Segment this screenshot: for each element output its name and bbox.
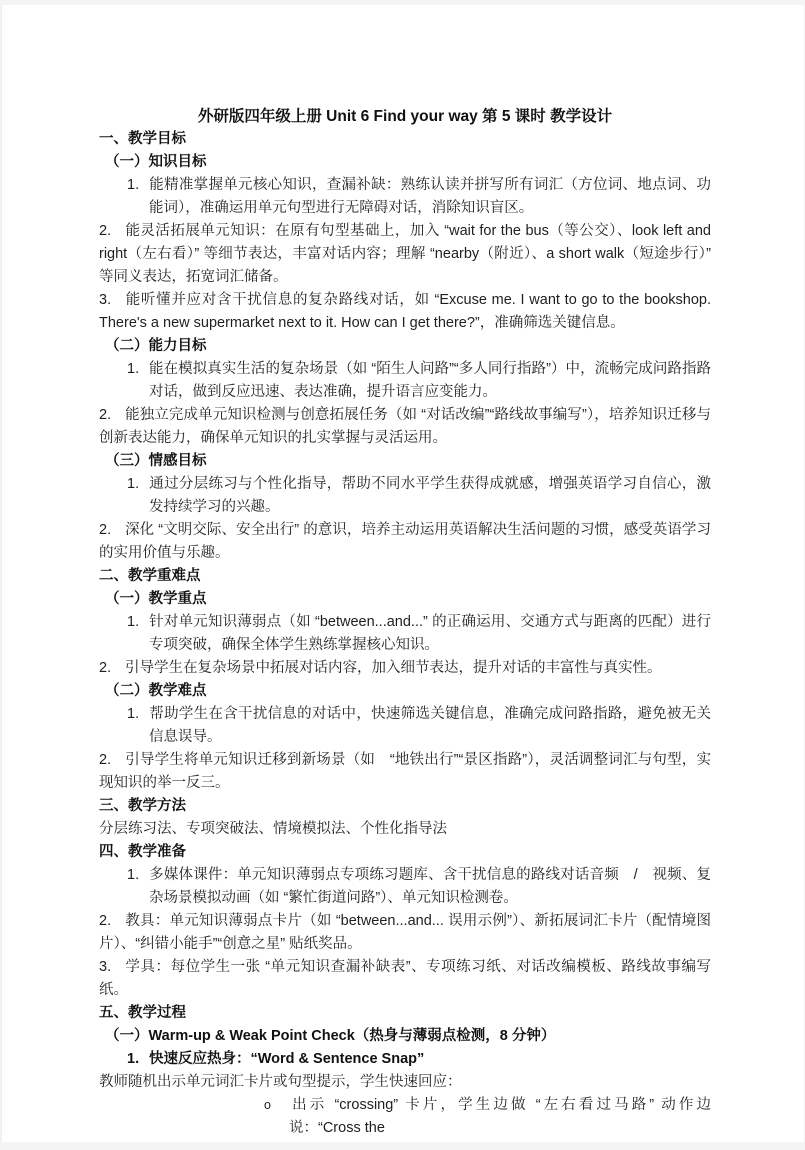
list-number: 1. [127,611,149,634]
list-text: 针对单元知识薄弱点（如 “between...and...” 的正确运用、交通方… [149,614,711,653]
list-text: 引导学生在复杂场景中拓展对话内容，加入细节表达，提升对话的丰富性与真实性。 [125,660,662,676]
list-number: 1. [127,358,149,381]
subsection-heading-knowledge-goals: （一）知识目标 [99,151,711,174]
list-item: 3.能听懂并应对含干扰信息的复杂路线对话，如 “Excuse me. I wan… [99,289,711,335]
list-text: 能灵活拓展单元知识：在原有句型基础上，加入 “wait for the bus（… [99,223,711,285]
subsection-heading-emotional-goals: （三）情感目标 [99,450,711,473]
section-heading-teaching-goals: 一、教学目标 [99,128,711,151]
subsection-heading-key-points: （一）教学重点 [99,588,711,611]
list-item: 1.帮助学生在含干扰信息的对话中，快速筛选关键信息，准确完成问路指路，避免被无关… [99,703,711,749]
list-item: 2.教具：单元知识薄弱点卡片（如 “between...and... 误用示例”… [99,910,711,956]
list-text: 深化 “文明交际、安全出行” 的意识，培养主动运用英语解决生活问题的习惯，感受英… [99,522,711,561]
list-number: 1. [127,1048,149,1071]
list-number: 3. [99,956,125,979]
list-number: 1. [127,864,149,887]
list-item: 2.能独立完成单元知识检测与创意拓展任务（如 “对话改编”“路线故事编写”），培… [99,404,711,450]
subsection-heading-warmup-weak-point-check: （一）Warm-up & Weak Point Check（热身与薄弱点检测，8… [99,1025,711,1048]
list-number: 2. [99,404,125,427]
list-number: 2. [99,220,125,243]
list-number: 3. [99,289,125,312]
list-text: 学具：每位学生一张 “单元知识查漏补缺表”、专项练习纸、对话改编模板、路线故事编… [99,959,711,998]
list-item: 1.能精准掌握单元核心知识，查漏补缺：熟练认读并拼写所有词汇（方位词、地点词、功… [99,174,711,220]
list-item: 1.针对单元知识薄弱点（如 “between...and...” 的正确运用、交… [99,611,711,657]
subsection-heading-ability-goals: （二）能力目标 [99,335,711,358]
list-item: 2.深化 “文明交际、安全出行” 的意识，培养主动运用英语解决生活问题的习惯，感… [99,519,711,565]
bullet-marker: o [264,1094,289,1117]
document-viewer: 外研版四年级上册 Unit 6 Find your way 第 5 课时 教学设… [0,0,805,1150]
list-text: 能独立完成单元知识检测与创意拓展任务（如 “对话改编”“路线故事编写”），培养知… [99,407,711,446]
paragraph-teaching-methods: 分层练习法、专项突破法、情境模拟法、个性化指导法 [99,818,711,841]
list-text: 通过分层练习与个性化指导，帮助不同水平学生获得成就感，增强英语学习自信心，激发持… [149,476,711,515]
activity-heading-word-sentence-snap: 1.快速反应热身：“Word & Sentence Snap” [99,1048,711,1071]
list-item: 1.能在模拟真实生活的复杂场景（如 “陌生人问路”“多人同行指路”）中，流畅完成… [99,358,711,404]
list-number: 2. [99,519,125,542]
section-heading-teaching-preparation: 四、教学准备 [99,841,711,864]
bullet-item: o出示 “crossing” 卡片，学生边做 “左右看过马路” 动作边说：“Cr… [99,1094,711,1140]
list-text: 能在模拟真实生活的复杂场景（如 “陌生人问路”“多人同行指路”）中，流畅完成问路… [149,361,711,400]
section-heading-key-difficult-points: 二、教学重难点 [99,565,711,588]
list-text: 教具：单元知识薄弱点卡片（如 “between...and... 误用示例”）、… [99,913,711,952]
list-item: 3.学具：每位学生一张 “单元知识查漏补缺表”、专项练习纸、对话改编模板、路线故… [99,956,711,1002]
document-page: 外研版四年级上册 Unit 6 Find your way 第 5 课时 教学设… [1,5,804,1142]
paragraph-teacher-instruction: 教师随机出示单元词汇卡片或句型提示，学生快速回应： [99,1071,711,1094]
list-number: 1. [127,473,149,496]
subsection-heading-difficult-points: （二）教学难点 [99,680,711,703]
list-text: 能精准掌握单元核心知识，查漏补缺：熟练认读并拼写所有词汇（方位词、地点词、功能词… [149,177,711,216]
list-number: 1. [127,703,149,726]
section-heading-teaching-methods: 三、教学方法 [99,795,711,818]
list-number: 2. [99,657,125,680]
list-item: 1.多媒体课件：单元知识薄弱点专项练习题库、含干扰信息的路线对话音频 / 视频、… [99,864,711,910]
list-number: 2. [99,910,125,933]
document-body: 外研版四年级上册 Unit 6 Find your way 第 5 课时 教学设… [2,5,804,1140]
list-text: 引导学生将单元知识迁移到新场景（如 “地铁出行”“景区指路”），灵活调整词汇与句… [99,752,711,791]
list-item: 2.能灵活拓展单元知识：在原有句型基础上，加入 “wait for the bu… [99,220,711,289]
list-number: 1. [127,174,149,197]
list-item: 2.引导学生在复杂场景中拓展对话内容，加入细节表达，提升对话的丰富性与真实性。 [99,657,711,680]
bullet-text: 出示 “crossing” 卡片，学生边做 “左右看过马路” 动作边说：“Cro… [289,1097,711,1136]
list-text: 帮助学生在含干扰信息的对话中，快速筛选关键信息，准确完成问路指路，避免被无关信息… [149,706,711,745]
document-title: 外研版四年级上册 Unit 6 Find your way 第 5 课时 教学设… [99,105,711,128]
list-text: 多媒体课件：单元知识薄弱点专项练习题库、含干扰信息的路线对话音频 / 视频、复杂… [149,867,711,906]
list-number: 2. [99,749,125,772]
list-item: 1.通过分层练习与个性化指导，帮助不同水平学生获得成就感，增强英语学习自信心，激… [99,473,711,519]
list-item: 2.引导学生将单元知识迁移到新场景（如 “地铁出行”“景区指路”），灵活调整词汇… [99,749,711,795]
list-text: 能听懂并应对含干扰信息的复杂路线对话，如 “Excuse me. I want … [99,292,711,331]
list-text: 快速反应热身：“Word & Sentence Snap” [149,1051,424,1067]
section-heading-teaching-process: 五、教学过程 [99,1002,711,1025]
